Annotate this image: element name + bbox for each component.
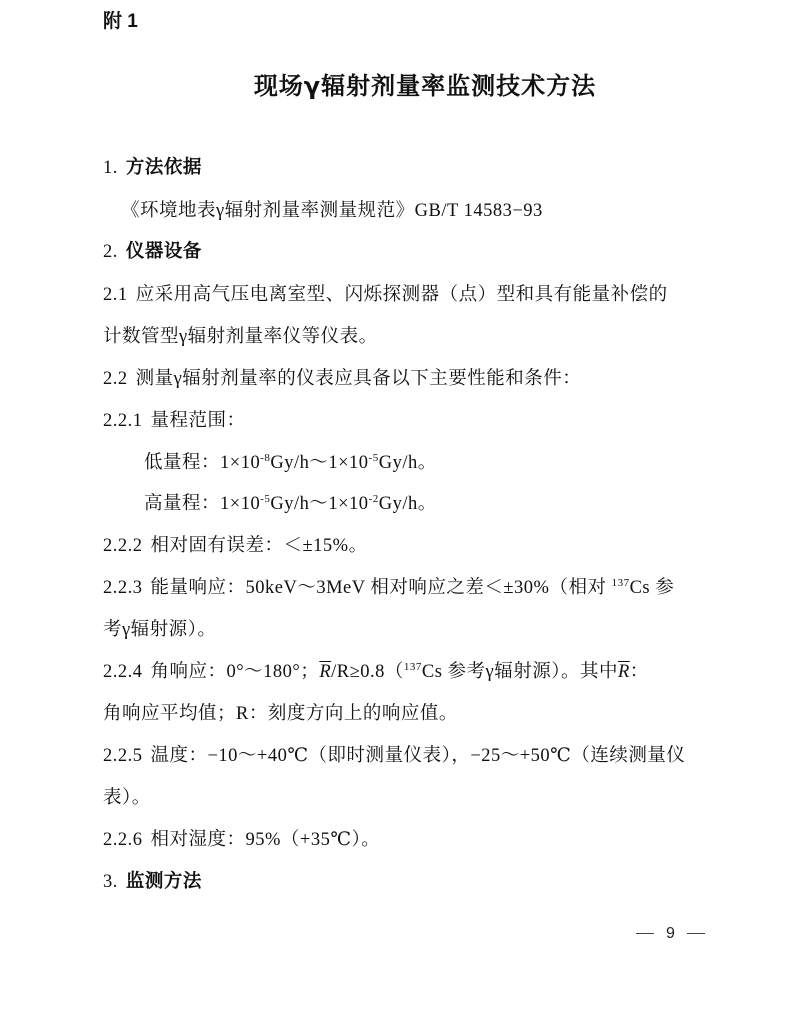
section-1-heading: 1.方法依据 (103, 153, 202, 179)
clause-2-2-4-cont: 角响应平均值；R：刻度方向上的响应值。 (103, 699, 458, 725)
clause-2-2: 2.2测量γ辐射剂量率的仪表应具备以下主要性能和条件： (103, 364, 581, 390)
clause-2-2-3: 2.2.3能量响应：50keV～3MeV 相对响应之差＜±30%（相对 137C… (103, 573, 674, 599)
annex-label: 附 1 (103, 6, 138, 33)
dash-right (687, 933, 705, 934)
low-range: 低量程：1×10-8Gy/h～1×10-5Gy/h。 (144, 448, 437, 474)
page-number: 9 (624, 925, 717, 943)
high-range: 高量程：1×10-5Gy/h～1×10-2Gy/h。 (144, 489, 437, 515)
dash-left (636, 933, 654, 934)
section-1-reference: 《环境地表γ辐射剂量率测量规范》GB/T 14583−93 (121, 196, 543, 222)
clause-2-1: 2.1应采用高气压电离室型、闪烁探测器（点）型和具有能量补偿的 (103, 280, 668, 306)
clause-2-2-1: 2.2.1量程范围： (103, 406, 246, 432)
clause-2-2-3-cont: 考γ辐射源）。 (103, 615, 216, 641)
clause-2-2-4: 2.2.4角响应：0°～180°；R/R≥0.8（137Cs 参考γ辐射源）。其… (103, 657, 649, 683)
clause-2-2-6: 2.2.6相对湿度：95%（+35℃）。 (103, 825, 380, 851)
section-3-heading: 3.监测方法 (103, 867, 202, 893)
clause-2-2-5: 2.2.5温度：−10～+40℃（即时测量仪表），−25～+50℃（连续测量仪 (103, 741, 685, 767)
clause-2-1-cont: 计数管型γ辐射剂量率仪等仪表。 (103, 322, 378, 348)
document-title: 现场γ辐射剂量率监测技术方法 (0, 66, 800, 101)
section-2-heading: 2.仪器设备 (103, 237, 202, 263)
clause-2-2-5-cont: 表）。 (103, 783, 151, 809)
clause-2-2-2: 2.2.2相对固有误差：＜±15%。 (103, 531, 368, 557)
